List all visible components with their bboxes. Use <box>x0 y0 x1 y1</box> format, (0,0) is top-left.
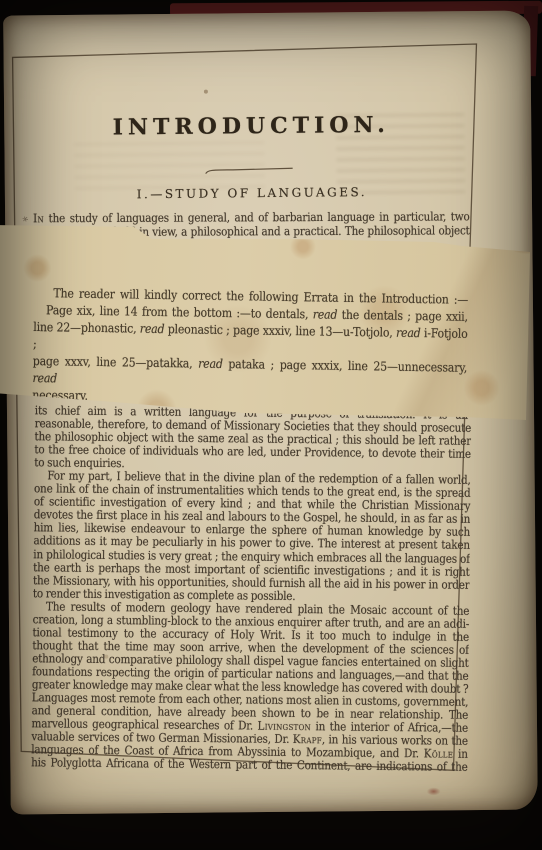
fox-speck <box>104 655 108 659</box>
book-photo: INTRODUCTION. I.—STUDY OF LANGUAGES. ⁎ I… <box>0 0 542 850</box>
errata-text: The reader will kindly correct the follo… <box>32 285 468 411</box>
ink-smudge <box>427 787 441 795</box>
title-flourish-rule <box>203 165 295 176</box>
fox-speck <box>204 90 208 94</box>
body-text: its chief aim is a written language for … <box>31 404 471 774</box>
page-title: INTRODUCTION. <box>32 111 470 141</box>
